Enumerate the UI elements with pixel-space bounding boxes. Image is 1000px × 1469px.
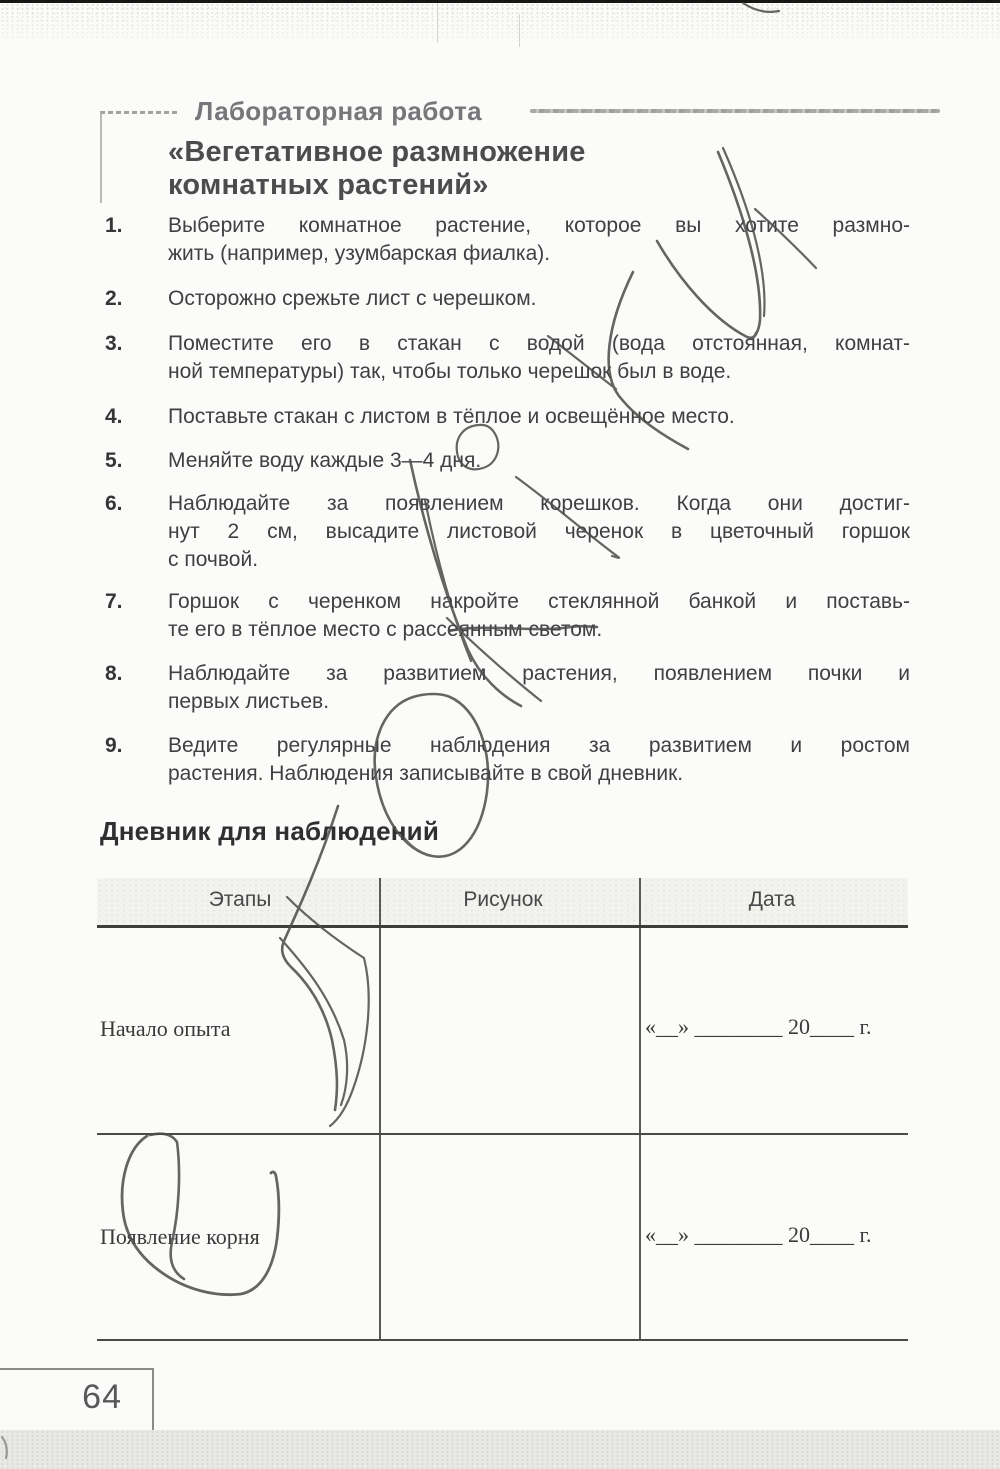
column-header-drawing: Рисунок — [463, 888, 542, 912]
step-item-9: 9. Ведите регулярные наблюдения за разви… — [105, 732, 910, 788]
table-header-rule — [97, 925, 908, 928]
step-line: Выберите комнатное растение, которое вы … — [168, 212, 910, 240]
table-row-date-blank: «__» ________ 20____ г. — [645, 1222, 872, 1248]
header-rule-left — [100, 111, 178, 114]
step-item-3: 3. Поместите его в стакан с водой (вода … — [105, 330, 910, 386]
step-number: 8. — [105, 660, 123, 688]
step-line: Поместите его в стакан с водой (вода отс… — [168, 330, 910, 358]
step-number: 5. — [105, 447, 123, 475]
title-line-2: комнатных растений» — [168, 169, 586, 202]
observation-table: Этапы Рисунок Дата Начало опыта «__» ___… — [97, 878, 908, 1341]
step-number: 6. — [105, 490, 123, 518]
column-header-stages: Этапы — [209, 888, 272, 912]
table-column-divider — [379, 878, 381, 1341]
page-number: 64 — [82, 1378, 122, 1417]
header-bracket — [100, 113, 102, 203]
step-line: Наблюдайте за развитием растения, появле… — [168, 660, 910, 688]
step-number: 1. — [105, 212, 123, 240]
step-line: Ведите регулярные наблюдения за развитие… — [168, 732, 910, 760]
step-item-1: 1. Выберите комнатное растение, которое … — [105, 212, 910, 268]
lab-work-kicker: Лабораторная работа — [195, 96, 482, 127]
step-line: первых листьев. — [168, 688, 910, 716]
scan-noise-fade — [0, 3, 1000, 63]
scan-bottom-shadow — [0, 1430, 1000, 1469]
step-line: те его в тёплое место с рассеянным свето… — [168, 616, 910, 644]
step-number: 3. — [105, 330, 123, 358]
step-item-8: 8. Наблюдайте за развитием растения, поя… — [105, 660, 910, 716]
step-line: с почвой. — [168, 546, 910, 574]
step-line: Осторожно срежьте лист с черешком. — [168, 285, 910, 313]
page-number-box: 64 — [0, 1368, 154, 1430]
step-line: растения. Наблюдения записывайте в свой … — [168, 760, 910, 788]
step-item-2: 2. Осторожно срежьте лист с черешком. — [105, 285, 910, 313]
diary-heading: Дневник для наблюдений — [100, 816, 439, 847]
column-header-date: Дата — [749, 888, 796, 912]
scanned-workbook-page: { "header": { "kicker": "Лабораторная ра… — [0, 0, 1000, 1469]
step-number: 2. — [105, 285, 123, 313]
step-line: Наблюдайте за появлением корешков. Когда… — [168, 490, 910, 518]
scan-crease — [437, 3, 438, 43]
step-line: Горшок с черенком накройте стеклянной ба… — [168, 588, 910, 616]
scan-crease — [519, 14, 520, 47]
table-row-date-blank: «__» ________ 20____ г. — [645, 1014, 872, 1040]
table-row-stage: Начало опыта — [100, 1016, 230, 1042]
table-row-divider — [97, 1133, 908, 1135]
step-line: нут 2 см, высадите листовой черенок в цв… — [168, 518, 910, 546]
step-item-7: 7. Горшок с черенком накройте стеклянной… — [105, 588, 910, 644]
header-rule-right — [530, 109, 940, 113]
step-line: Поставьте стакан с листом в тёплое и осв… — [168, 403, 910, 431]
step-item-6: 6. Наблюдайте за появлением корешков. Ко… — [105, 490, 910, 574]
title-line-1: «Вегетативное размножение — [168, 136, 586, 169]
step-line: ной температуры) так, чтобы только череш… — [168, 358, 910, 386]
step-number: 9. — [105, 732, 123, 760]
step-line: жить (например, узумбарская фиалка). — [168, 240, 910, 268]
step-line: Меняйте воду каждые 3—4 дня. — [168, 447, 910, 475]
step-item-5: 5. Меняйте воду каждые 3—4 дня. — [105, 447, 910, 475]
table-row-stage: Появление корня — [100, 1224, 260, 1250]
step-item-4: 4. Поставьте стакан с листом в тёплое и … — [105, 403, 910, 431]
table-bottom-rule — [97, 1339, 908, 1341]
step-number: 4. — [105, 403, 123, 431]
table-column-divider — [639, 878, 641, 1341]
page-title: «Вегетативное размножение комнатных раст… — [168, 136, 586, 202]
step-number: 7. — [105, 588, 123, 616]
